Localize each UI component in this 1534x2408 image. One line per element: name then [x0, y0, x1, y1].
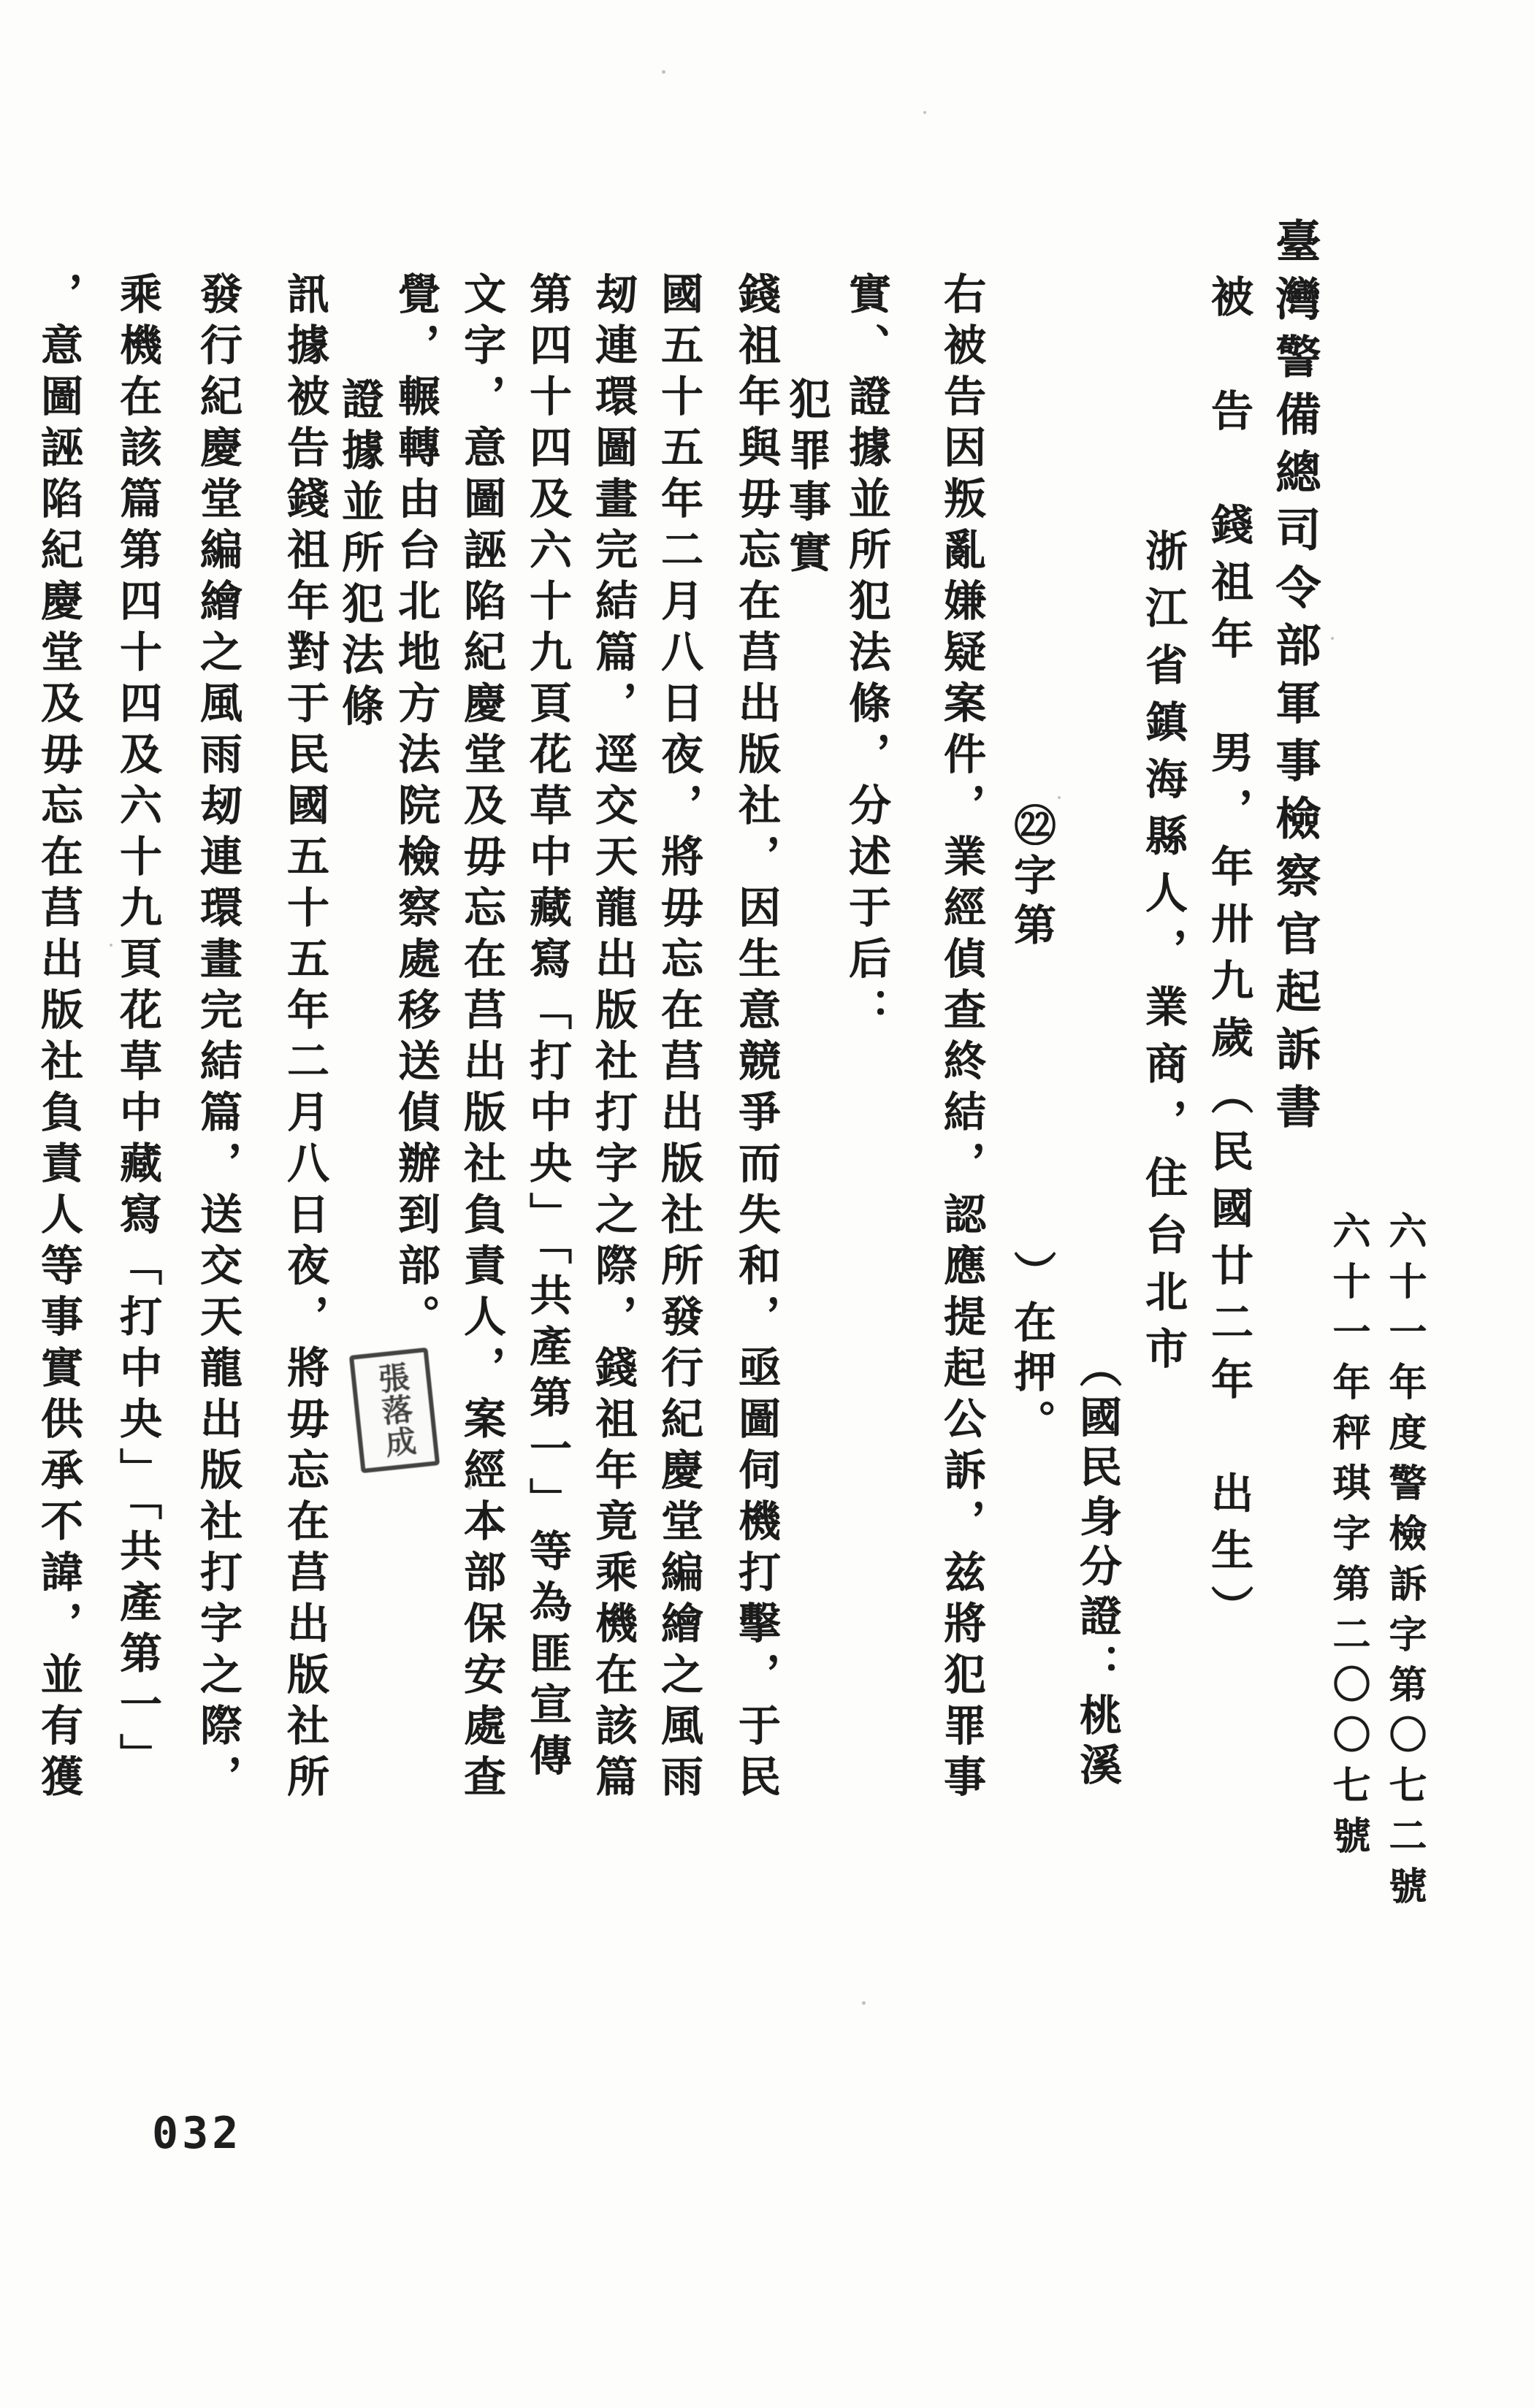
evidence-1: 訊據被告錢祖年對于民國五十五年二月八日夜，將毋忘在莒出版社所 [283, 272, 325, 1805]
facts-5: 文字，意圖誣陷紀慶堂及毋忘在莒出版社負責人，案經本部保安處查 [459, 272, 502, 1805]
evidence-3: 乘機在該篇第四十四及六十九頁花草中藏寫「打中央」「共產第一」 [115, 272, 158, 1784]
scan-speck [923, 111, 926, 114]
heading-criminal-facts: 犯罪事實 [785, 377, 827, 581]
facts-6: 覺，輾轉由台北地方法院檢察處移送偵辦到部。 [394, 272, 436, 1345]
preamble-1: 右被告因叛亂嫌疑案件，業經偵查終結，認應提起公訴，兹將犯罪事 [939, 272, 982, 1805]
facts-1: 錢祖年與毋忘在莒出版社，因生意競爭而失和，亟圖伺機打擊，于民 [734, 272, 776, 1805]
facts-4: 第四十四及六十九頁花草中藏寫「打中央」「共產第一」等為匪宣傳 [525, 272, 568, 1784]
scan-speck [110, 944, 112, 947]
evidence-2: 發行紀慶堂編繪之風雨刼連環畫完結篇，送交天龍出版社打字之際， [196, 272, 238, 1805]
seal-stamp: 張落成 [349, 1348, 440, 1473]
defendant-idcard: （國民身分證：桃溪 [1075, 1345, 1118, 1792]
scan-speck [862, 2001, 866, 2005]
evidence-4: ，意圖誣陷紀慶堂及毋忘在莒出版社負責人等事實供承不諱，並有獲 [37, 272, 79, 1805]
case-number-right: 六十一年度警檢訴字第〇七二號 [1384, 1211, 1422, 1916]
page-number: 032 [152, 2108, 242, 2159]
defendant-line: 被 告 錢祖年 男，年卅九歲（民國廿二年 出生） [1207, 275, 1249, 1642]
scan-speck [1331, 637, 1334, 640]
facts-3: 刼連環圖畫完結篇，逕交天龍出版社打字之際，錢祖年竟乘機在該篇 [591, 272, 633, 1805]
scan-speck [1058, 796, 1061, 799]
defendant-origin: 浙江省鎮海縣人，業商，住台北市 [1141, 529, 1183, 1383]
facts-2: 國五十五年二月八日夜，將毋忘在莒出版社所發行紀慶堂編繪之風雨 [657, 272, 699, 1805]
defendant-idnum-custody: ㉒字第 ）在押。 [1010, 803, 1052, 1449]
preamble-2: 實、證據並所犯法條，分述于后： [844, 272, 887, 1039]
scanned-document-page: 臺灣警備總司令部軍事檢察官起訴書 六十一年度警檢訴字第〇七二號 六十一年秤琪字第… [0, 0, 1534, 2408]
case-number-left: 六十一年秤琪字第二〇〇七號 [1328, 1211, 1366, 1866]
scan-speck [468, 1486, 472, 1490]
document-title: 臺灣警備總司令部軍事檢察官起訴書 [1271, 218, 1316, 1141]
scan-speck [662, 70, 665, 74]
heading-evidence-law: 證據並所犯法條 [337, 377, 380, 735]
